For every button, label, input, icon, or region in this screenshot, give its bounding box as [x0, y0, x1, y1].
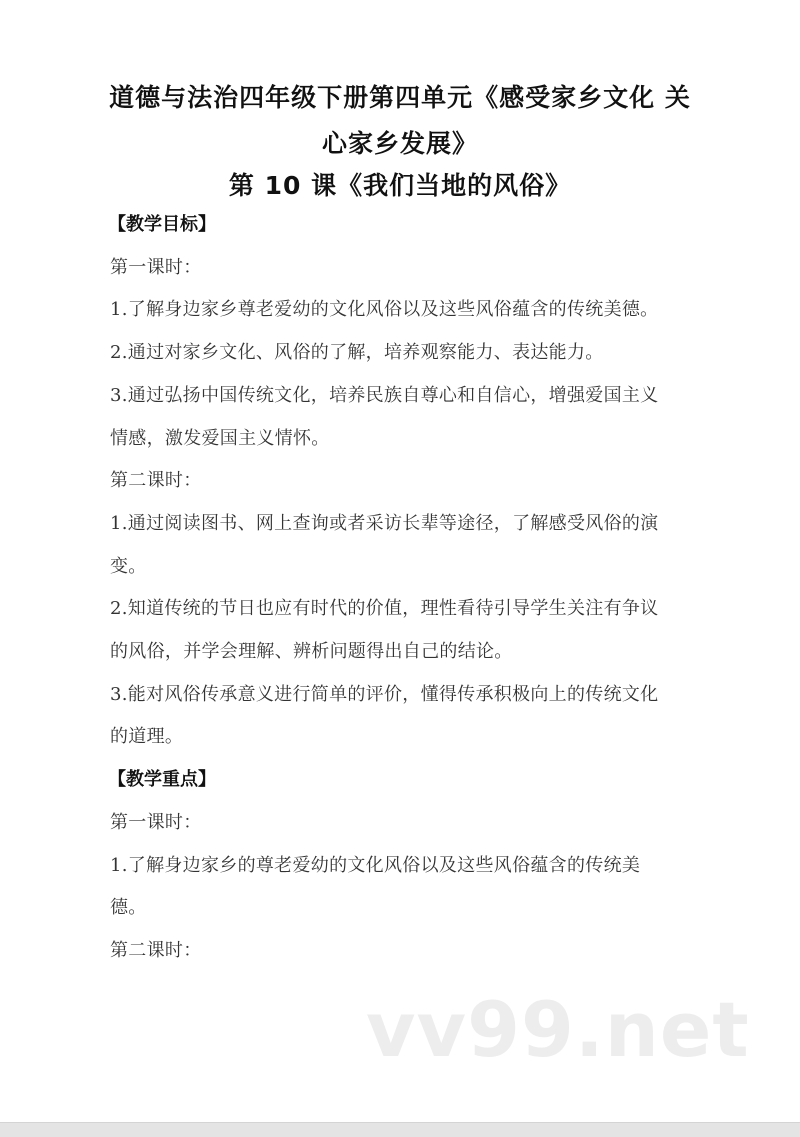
text-line: 1.了解身边家乡的尊老爱幼的文化风俗以及这些风俗蕴含的传统美 — [110, 851, 640, 877]
text-line: 3.通过弘扬中国传统文化，培养民族自尊心和自信心，增强爱国主义 — [110, 381, 658, 407]
text-line: 第二课时： — [110, 466, 202, 492]
text-line: 第一课时： — [110, 808, 202, 834]
document-title-line-1: 道德与法治四年级下册第四单元《感受家乡文化 关 — [0, 78, 800, 114]
text-line: 第一课时： — [110, 253, 202, 279]
text-line: 的风俗，并学会理解、辨析问题得出自己的结论。 — [110, 637, 513, 663]
watermark: vv99.net — [366, 992, 750, 1068]
page-bottom-edge — [0, 1122, 800, 1137]
section-heading-key-points: 【教学重点】 — [108, 765, 216, 791]
text-line: 的道理。 — [110, 722, 183, 748]
document-page: 道德与法治四年级下册第四单元《感受家乡文化 关 心家乡发展》 第 10 课《我们… — [0, 0, 800, 1122]
section-heading-objectives: 【教学目标】 — [108, 210, 216, 236]
document-title-line-2: 心家乡发展》 — [0, 124, 800, 160]
text-line: 1.通过阅读图书、网上查询或者采访长辈等途径，了解感受风俗的演 — [110, 509, 658, 535]
text-line: 第二课时： — [110, 936, 202, 962]
text-line: 3.能对风俗传承意义进行简单的评价，懂得传承积极向上的传统文化 — [110, 680, 658, 706]
text-line: 2.知道传统的节日也应有时代的价值，理性看待引导学生关注有争议 — [110, 594, 658, 620]
lesson-subtitle: 第 10 课《我们当地的风俗》 — [0, 166, 800, 202]
text-line: 变。 — [110, 552, 147, 578]
text-line: 情感，激发爱国主义情怀。 — [110, 424, 330, 450]
text-line: 2.通过对家乡文化、风俗的了解，培养观察能力、表达能力。 — [110, 338, 604, 364]
text-line: 1.了解身边家乡尊老爱幼的文化风俗以及这些风俗蕴含的传统美德。 — [110, 295, 658, 321]
text-line: 德。 — [110, 893, 147, 919]
